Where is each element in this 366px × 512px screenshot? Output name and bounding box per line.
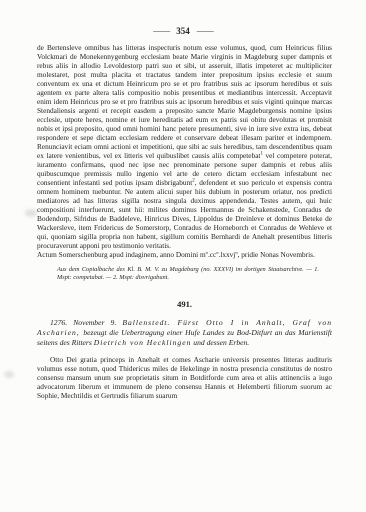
header-rule-right: —— (197, 26, 213, 36)
charter-490-text-part3: , defendent et suo periculo et expensis … (37, 178, 332, 250)
charter-491-body: Otto Dei gratia princeps in Anehalt et c… (37, 355, 332, 400)
charter-490-body: de Bertensleve omnibus has litteras insp… (37, 43, 332, 250)
scan-artifact (25, 209, 37, 217)
heading-place: Ballenstedt. (122, 318, 177, 327)
page-header: —— 354 —— (0, 26, 366, 36)
source-citation: Aus dem Copialbuche des Kl. B. M. V. zu … (57, 266, 319, 282)
page-number: 354 (176, 26, 190, 36)
header-rule-left: —— (153, 26, 169, 36)
scan-artifact (4, 371, 14, 378)
heading-date: 1276. November 9. (50, 318, 122, 327)
text-column: de Bertensleve omnibus has litteras insp… (37, 43, 332, 400)
charter-491-heading: 1276. November 9. Ballenstedt. Fürst Ott… (37, 318, 332, 348)
actum-line: Actum Somerschenburg apud indaginem, ann… (37, 250, 332, 259)
heading-summary-end: und dessen Erben. (191, 338, 249, 347)
charter-491-number: 491. (37, 299, 332, 309)
scanned-book-page: —— 354 —— de Bertensleve omnibus has lit… (0, 0, 366, 512)
heading-grantor: Dietrich von Hecklingen (94, 338, 192, 347)
charter-490-text-part1: de Bertensleve omnibus has litteras insp… (37, 43, 332, 160)
